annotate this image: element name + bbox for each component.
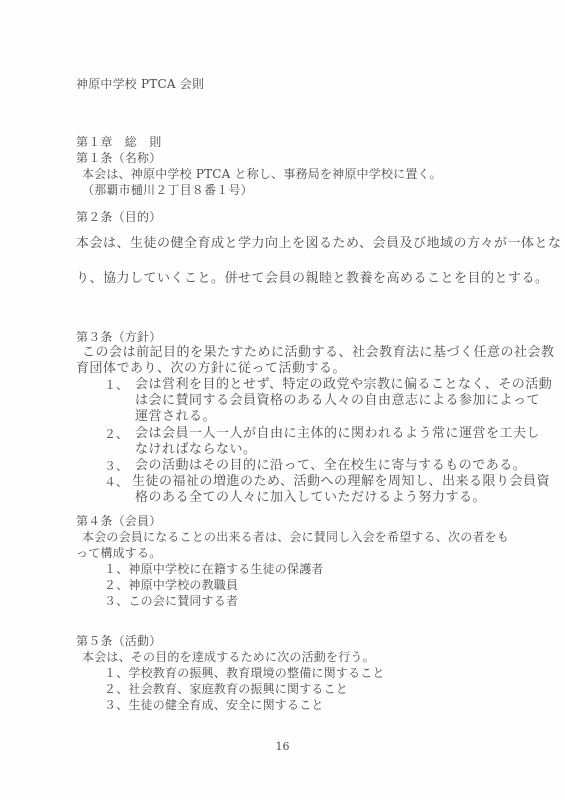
- chapter-heading: 第１章 総 則: [76, 135, 161, 149]
- article1-heading: 第１条（名称）: [76, 151, 161, 165]
- article4-heading: 第４条（会員）: [76, 514, 161, 528]
- article4-item-2: ２、神原中学校の教職員: [104, 578, 238, 592]
- article3-item-1-number: １、: [104, 378, 128, 392]
- article4-item-1: １、神原中学校に在籍する生徒の保護者: [104, 562, 324, 576]
- article5-item-3: ３、生徒の健全育成、安全に関すること: [104, 698, 324, 712]
- article3-heading: 第３条（方針）: [76, 330, 161, 344]
- article3-item-4-line-1: 生徒の福祉の増進のため、活動への理解を周知し、出来る限り会員資: [132, 475, 550, 489]
- page-number: 16: [0, 740, 565, 753]
- article2-heading: 第２条（目的）: [76, 210, 161, 224]
- article4-item-3: ３、この会に賛同する者: [104, 594, 238, 608]
- article2-line-1: 本会は、生徒の健全育成と学力向上を図るため、会員及び地域の方々が一体とな: [76, 237, 561, 251]
- article3-item-3-line-1: 会の活動はその目的に沿って、全在校生に寄与するものである。: [135, 459, 526, 473]
- article5-line-1: 本会は、その目的を達成するために次の活動を行う。: [82, 650, 375, 664]
- document-title: 神原中学校 PTCA 会則: [76, 77, 204, 91]
- article1-line-1: 本会は、神原中学校 PTCA と称し、事務局を神原中学校に置く。: [82, 167, 442, 181]
- article3-line-2: 育団体であり、次の方針に従って活動する。: [76, 362, 346, 376]
- article4-line-2: って構成する。: [76, 546, 161, 560]
- article3-item-1-line-3: 運営される。: [135, 410, 216, 424]
- article5-item-1: １、学校教育の振興、教育環境の整備に関すること: [104, 666, 385, 680]
- article1-line-2: （那覇市樋川２丁目８番１号）: [82, 183, 253, 197]
- article3-item-2-line-2: なければならない。: [135, 443, 257, 457]
- article3-item-3-number: ３、: [104, 459, 128, 473]
- article3-item-4-number: ４、: [104, 475, 128, 489]
- article4-line-1: 本会の会員になることの出来る者は、会に賛同し入会を希望する、次の者をも: [82, 530, 509, 544]
- article5-heading: 第５条（活動）: [76, 634, 161, 648]
- article3-item-2-line-1: 会は会員一人一人が自由に主体的に関われるよう常に運営を工夫し: [135, 427, 540, 441]
- article3-item-4-line-2: 格のある全ての人々に加入していただけるよう努力する。: [135, 491, 486, 505]
- article3-item-1-line-2: は会に賛同する会員資格のある人々の自由意志による参加によって: [135, 394, 540, 408]
- article2-line-2: り、協力していくこと。併せて会員の親睦と教養を高めることを目的とする。: [76, 272, 549, 286]
- article3-item-1-line-1: 会は営利を目的とせず、特定の政党や宗教に偏ることなく、その活動: [135, 378, 552, 392]
- article5-item-2: ２、社会教育、家庭教育の振興に関すること: [104, 682, 348, 696]
- article3-item-2-number: ２、: [104, 427, 128, 441]
- article3-line-1: この会は前記目的を果たすために活動する、社会教育法に基づく任意の社会教: [82, 346, 555, 360]
- document-page: 神原中学校 PTCA 会則 第１章 総 則 第１条（名称） 本会は、神原中学校 …: [0, 0, 565, 800]
